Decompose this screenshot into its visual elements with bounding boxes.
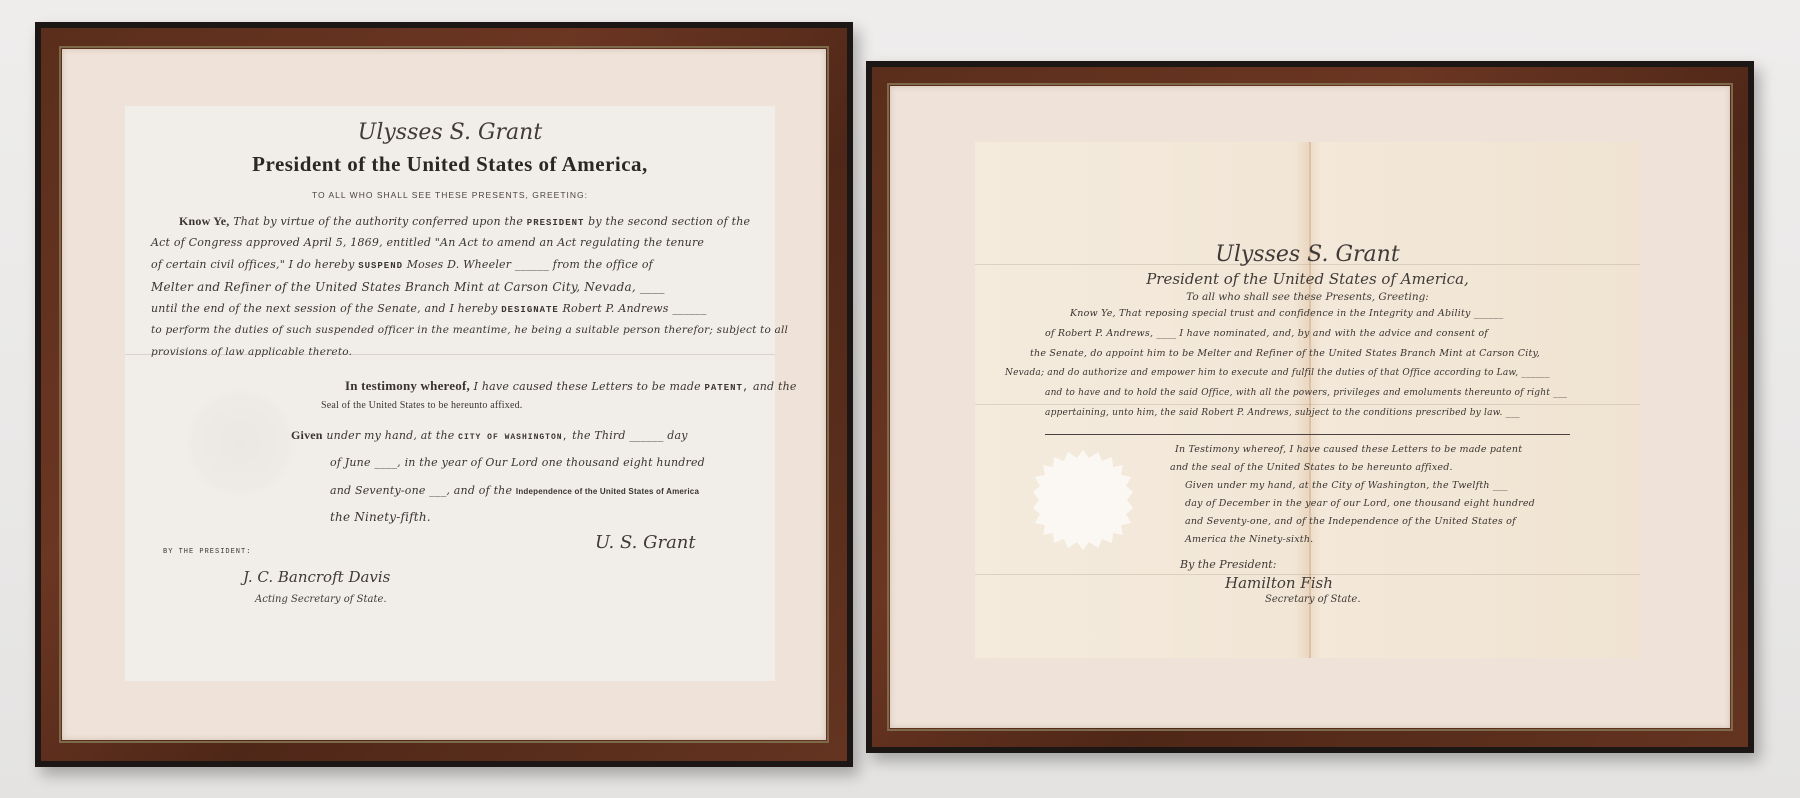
body-line-5: until the end of the next session of the… xyxy=(151,302,707,315)
caps-city-of-washington: CITY OF WASHINGTON, xyxy=(458,433,568,442)
given-lead: Given xyxy=(291,428,323,442)
document-title: President of the United States of Americ… xyxy=(975,270,1640,288)
president-signature: U. S. Grant xyxy=(595,532,696,553)
testimony-line-3: Given under my hand, at the City of Wash… xyxy=(1185,480,1508,491)
caps-suspend: SUSPEND xyxy=(358,261,403,271)
caps-designate: DESIGNATE xyxy=(501,305,559,315)
body-line-2: Act of Congress approved April 5, 1869, … xyxy=(151,236,704,249)
document-title: President of the United States of Americ… xyxy=(125,152,775,177)
body-line-1: Know Ye, That reposing special trust and… xyxy=(1070,308,1503,319)
body-line-5: and to have and to hold the said Office,… xyxy=(1045,388,1567,398)
body-line-2: of Robert P. Andrews, ____ I have nomina… xyxy=(1045,328,1488,339)
secretary-title: Acting Secretary of State. xyxy=(255,594,387,605)
caps-patent: PATENT, xyxy=(705,383,750,393)
paper-seal xyxy=(1033,450,1133,550)
body-text: I have caused these Letters to be made xyxy=(474,380,701,393)
given-line-1: Given under my hand, at the CITY OF WASH… xyxy=(291,428,688,443)
left-document: Ulysses S. Grant President of the United… xyxy=(125,106,775,681)
secretary-title: Secretary of State. xyxy=(1265,594,1361,605)
salutation: To all who shall see these Presents, Gre… xyxy=(975,291,1640,303)
body-text: and the xyxy=(753,380,797,393)
testimony-line-4: day of December in the year of our Lord,… xyxy=(1185,498,1535,509)
testimony-line-6: America the Ninety-sixth. xyxy=(1185,534,1313,545)
right-frame: Ulysses S. Grant President of the United… xyxy=(866,61,1754,753)
testimony-line-2: Seal of the United States to be hereunto… xyxy=(321,400,523,411)
body-line-3: the Senate, do appoint him to be Melter … xyxy=(1030,348,1540,359)
body-line-4: Nevada; and do authorize and empower him… xyxy=(1005,368,1550,378)
given-line-2: of June ____, in the year of Our Lord on… xyxy=(330,456,705,469)
fold-line xyxy=(975,404,1640,405)
body-text: Robert P. Andrews ______ xyxy=(563,302,707,315)
body-line-3: of certain civil offices," I do hereby S… xyxy=(151,258,653,271)
by-the-president: By the President: xyxy=(1180,558,1276,571)
right-mat: Ulysses S. Grant President of the United… xyxy=(890,86,1730,728)
embossed-seal xyxy=(185,388,295,498)
secretary-signature: Hamilton Fish xyxy=(1225,574,1333,592)
body-line-7: provisions of law applicable thereto. xyxy=(151,346,352,358)
testimony-line-1: In testimony whereof, I have caused thes… xyxy=(345,378,797,394)
separator-rule xyxy=(1045,434,1570,435)
body-text: under my hand, at the xyxy=(326,429,454,442)
heading-signature: Ulysses S. Grant xyxy=(975,242,1640,267)
body-text: the Third ______ day xyxy=(572,429,688,442)
testimony-line-1: In Testimony whereof, I have caused thes… xyxy=(1175,444,1522,455)
caps-independence: Independence of the United States of Ame… xyxy=(516,487,699,496)
body-line-4: Melter and Refiner of the United States … xyxy=(151,280,665,294)
right-document: Ulysses S. Grant President of the United… xyxy=(975,142,1640,658)
heading-signature: Ulysses S. Grant xyxy=(125,120,775,145)
body-text: and Seventy-one ___, and of the xyxy=(330,484,512,497)
left-mat: Ulysses S. Grant President of the United… xyxy=(62,49,826,740)
given-line-3: and Seventy-one ___, and of the Independ… xyxy=(330,484,699,497)
secretary-signature: J. C. Bancroft Davis xyxy=(243,568,390,586)
salutation: TO ALL WHO SHALL SEE THESE PRESENTS, GRE… xyxy=(125,190,775,200)
testimony-line-2: and the seal of the United States to be … xyxy=(1170,462,1453,473)
given-line-4: the Ninety-fifth. xyxy=(330,510,431,524)
body-text: of certain civil offices," I do hereby xyxy=(151,258,355,271)
body-text: until the end of the next session of the… xyxy=(151,302,498,315)
left-frame: Ulysses S. Grant President of the United… xyxy=(35,22,853,767)
body-line-1: Know Ye, That by virtue of the authority… xyxy=(179,214,750,229)
body-text: Moses D. Wheeler ______ from the office … xyxy=(407,258,653,271)
body-text: That by virtue of the authority conferre… xyxy=(233,215,523,228)
know-ye-lead: Know Ye, xyxy=(179,214,230,228)
testimony-line-5: and Seventy-one, and of the Independence… xyxy=(1185,516,1516,527)
caps-president: PRESIDENT xyxy=(527,218,585,228)
body-line-6: to perform the duties of such suspended … xyxy=(151,324,788,336)
testimony-lead: In testimony whereof, xyxy=(345,378,470,393)
body-line-6: appertaining, unto him, the said Robert … xyxy=(1045,408,1520,418)
by-the-president: BY THE PRESIDENT: xyxy=(163,548,251,556)
body-text: by the second section of the xyxy=(588,215,750,228)
